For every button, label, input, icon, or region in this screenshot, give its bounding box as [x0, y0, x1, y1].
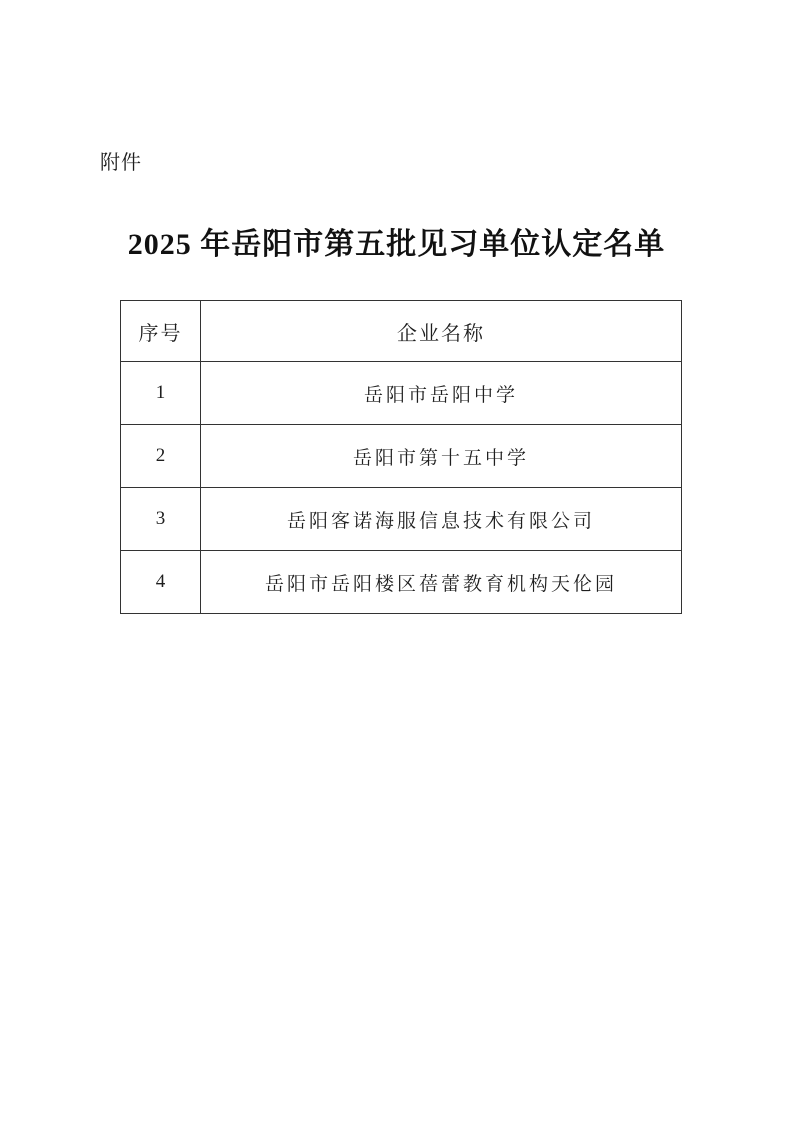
- row-number: 1: [121, 362, 201, 425]
- table-row: 2 岳阳市第十五中学: [121, 425, 682, 488]
- header-cell-name: 企业名称: [201, 301, 682, 362]
- row-number: 4: [121, 551, 201, 614]
- row-number: 3: [121, 488, 201, 551]
- company-name: 岳阳市第十五中学: [201, 425, 682, 488]
- table-row: 3 岳阳客诺海服信息技术有限公司: [121, 488, 682, 551]
- table-row: 1 岳阳市岳阳中学: [121, 362, 682, 425]
- table-row: 4 岳阳市岳阳楼区蓓蕾教育机构天伦园: [121, 551, 682, 614]
- table-header-row: 序号 企业名称: [121, 301, 682, 362]
- company-name: 岳阳市岳阳楼区蓓蕾教育机构天伦园: [201, 551, 682, 614]
- row-number: 2: [121, 425, 201, 488]
- attachment-label: 附件: [100, 146, 142, 175]
- company-name: 岳阳客诺海服信息技术有限公司: [201, 488, 682, 551]
- units-table: 序号 企业名称 1 岳阳市岳阳中学 2 岳阳市第十五中学 3 岳阳客诺海服信息技…: [120, 300, 682, 614]
- header-cell-no: 序号: [121, 301, 201, 362]
- page-title: 2025 年岳阳市第五批见习单位认定名单: [0, 219, 793, 263]
- company-name: 岳阳市岳阳中学: [201, 362, 682, 425]
- units-table-container: 序号 企业名称 1 岳阳市岳阳中学 2 岳阳市第十五中学 3 岳阳客诺海服信息技…: [120, 300, 682, 614]
- document-page: 附件 2025 年岳阳市第五批见习单位认定名单 序号 企业名称 1 岳阳市岳阳中…: [0, 0, 793, 1122]
